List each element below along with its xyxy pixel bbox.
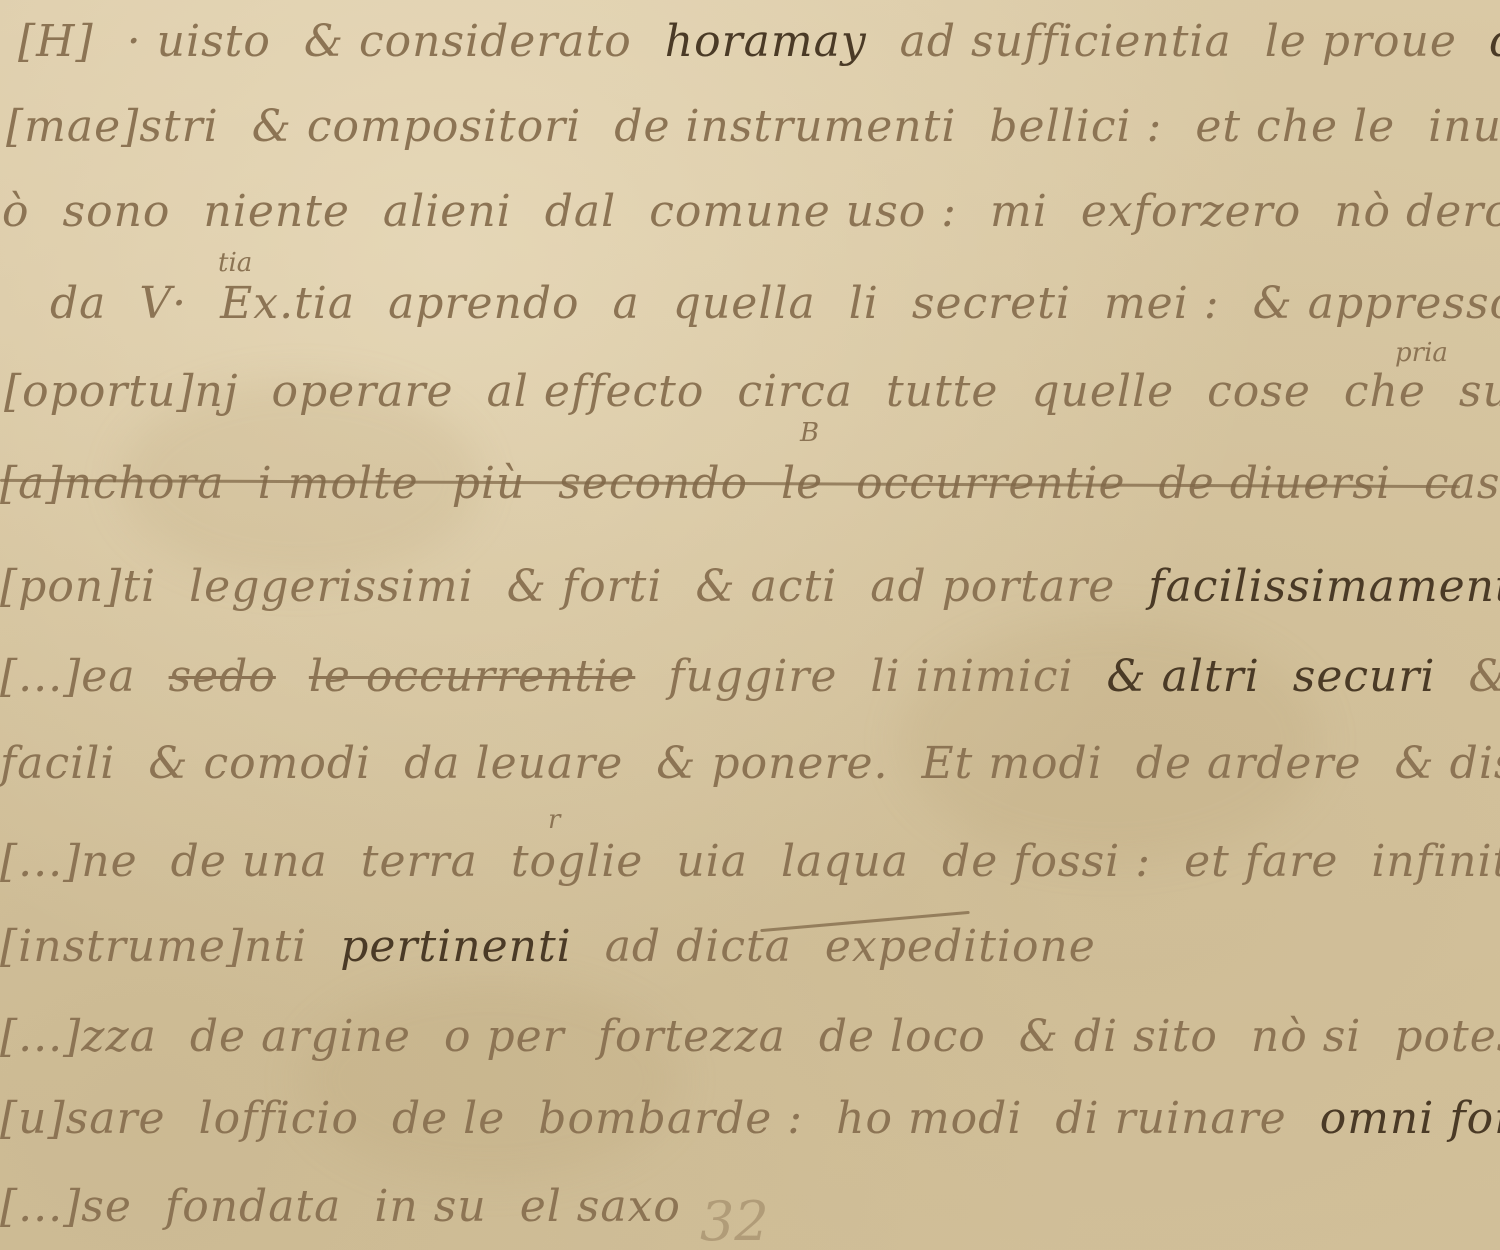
manuscript-line-5: [oportu]nj operare al effecto circa tutt… bbox=[4, 370, 1500, 414]
interlinear-note: B bbox=[800, 418, 819, 448]
manuscript-line-10: [...]ne de una terra toglie uia laqua de… bbox=[0, 840, 1500, 884]
manuscript-line-11: [instrume]nti pertinenti ad dicta expedi… bbox=[0, 925, 1114, 969]
manuscript-line-4: da V· Ex.tia aprendo a quella li secreti… bbox=[50, 282, 1500, 326]
manuscript-line-8: [...]ea sedo le occurrentie fuggire li i… bbox=[0, 655, 1500, 699]
manuscript-line-12: [...]zza de argine o per fortezza de loc… bbox=[0, 1015, 1500, 1059]
manuscript-line-9: facili & comodi da leuare & ponere. Et m… bbox=[0, 742, 1500, 786]
folio-number: 32 bbox=[700, 1190, 769, 1250]
manuscript-line-14: [...]se fondata in su el saxo bbox=[0, 1185, 699, 1229]
manuscript-line-13: [u]sare lofficio de le bombarde : ho mod… bbox=[0, 1097, 1500, 1141]
paper-stain bbox=[300, 980, 680, 1180]
manuscript-line-7: [pon]ti leggerissimi & forti & acti ad p… bbox=[0, 565, 1500, 609]
manuscript-line-1: [H] · uisto & considerato horamay ad suf… bbox=[18, 20, 1500, 64]
interlinear-note: r bbox=[548, 805, 560, 835]
interlinear-note: pria bbox=[1395, 338, 1448, 368]
interlinear-note: tia bbox=[218, 248, 252, 278]
manuscript-line-3: ò sono niente alieni dal comune uso : mi… bbox=[2, 190, 1500, 234]
manuscript-line-2: [mae]stri & compositori de instrumenti b… bbox=[6, 105, 1500, 149]
